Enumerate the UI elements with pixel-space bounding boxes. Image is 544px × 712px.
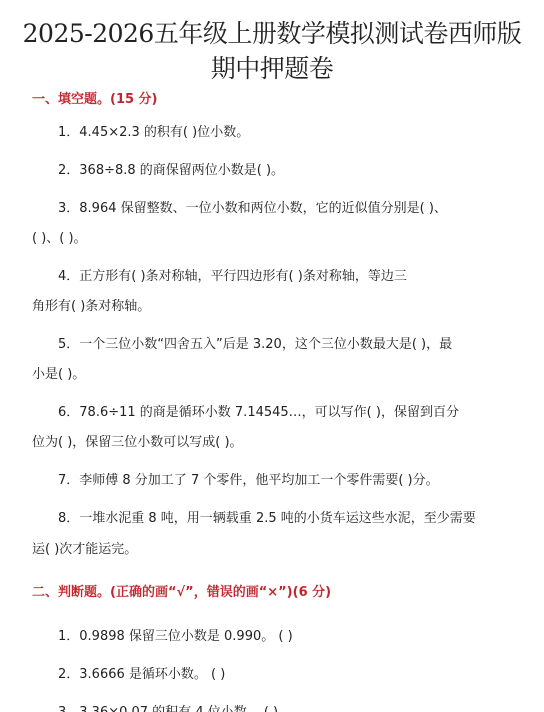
question-1-6: 6．78.6÷11 的商是循环小数 7.14545…，可以写作( )，保留到百分	[58, 401, 459, 420]
question-1-5-cont: 小是( )。	[32, 363, 85, 382]
question-1-3-cont: ( )、( )。	[32, 227, 87, 246]
question-1-4: 4．正方形有( )条对称轴，平行四边形有( )条对称轴，等边三	[58, 265, 407, 284]
question-1-8: 8．一堆水泥重 8 吨，用一辆载重 2.5 吨的小货车运这些水泥，至少需要	[58, 507, 476, 526]
section-heading-true-false: 二、判断题。(正确的画“√”，错误的画“×”)(6 分)	[32, 581, 331, 600]
exam-title-line1: 2025-2026五年级上册数学模拟测试卷西师版	[0, 14, 544, 50]
question-2-3: 3．3.36×0.07 的积有 4 位小数。 ( )	[58, 701, 278, 712]
question-1-6-cont: 位为( )，保留三位小数可以写成( )。	[32, 431, 243, 450]
section-heading-fill-in-blank: 一、填空题。(15 分)	[32, 88, 158, 107]
question-1-2: 2．368÷8.8 的商保留两位小数是( )。	[58, 159, 284, 178]
exam-title-line2: 期中押题卷	[0, 49, 544, 85]
question-1-1: 1．4.45×2.3 的积有( )位小数。	[58, 121, 249, 140]
question-2-2: 2．3.6666 是循环小数。 ( )	[58, 663, 225, 682]
question-1-8-cont: 运( )次才能运完。	[32, 538, 137, 557]
question-1-3: 3．8.964 保留整数、一位小数和两位小数，它的近似值分别是( )、	[58, 197, 447, 216]
question-1-4-cont: 角形有( )条对称轴。	[32, 295, 150, 314]
question-2-1: 1．0.9898 保留三位小数是 0.990。 ( )	[58, 625, 293, 644]
question-1-7: 7．李师傅 8 分加工了 7 个零件，他平均加工一个零件需要( )分。	[58, 469, 439, 488]
question-1-5: 5．一个三位小数“四舍五入”后是 3.20，这个三位小数最大是( )，最	[58, 333, 452, 352]
